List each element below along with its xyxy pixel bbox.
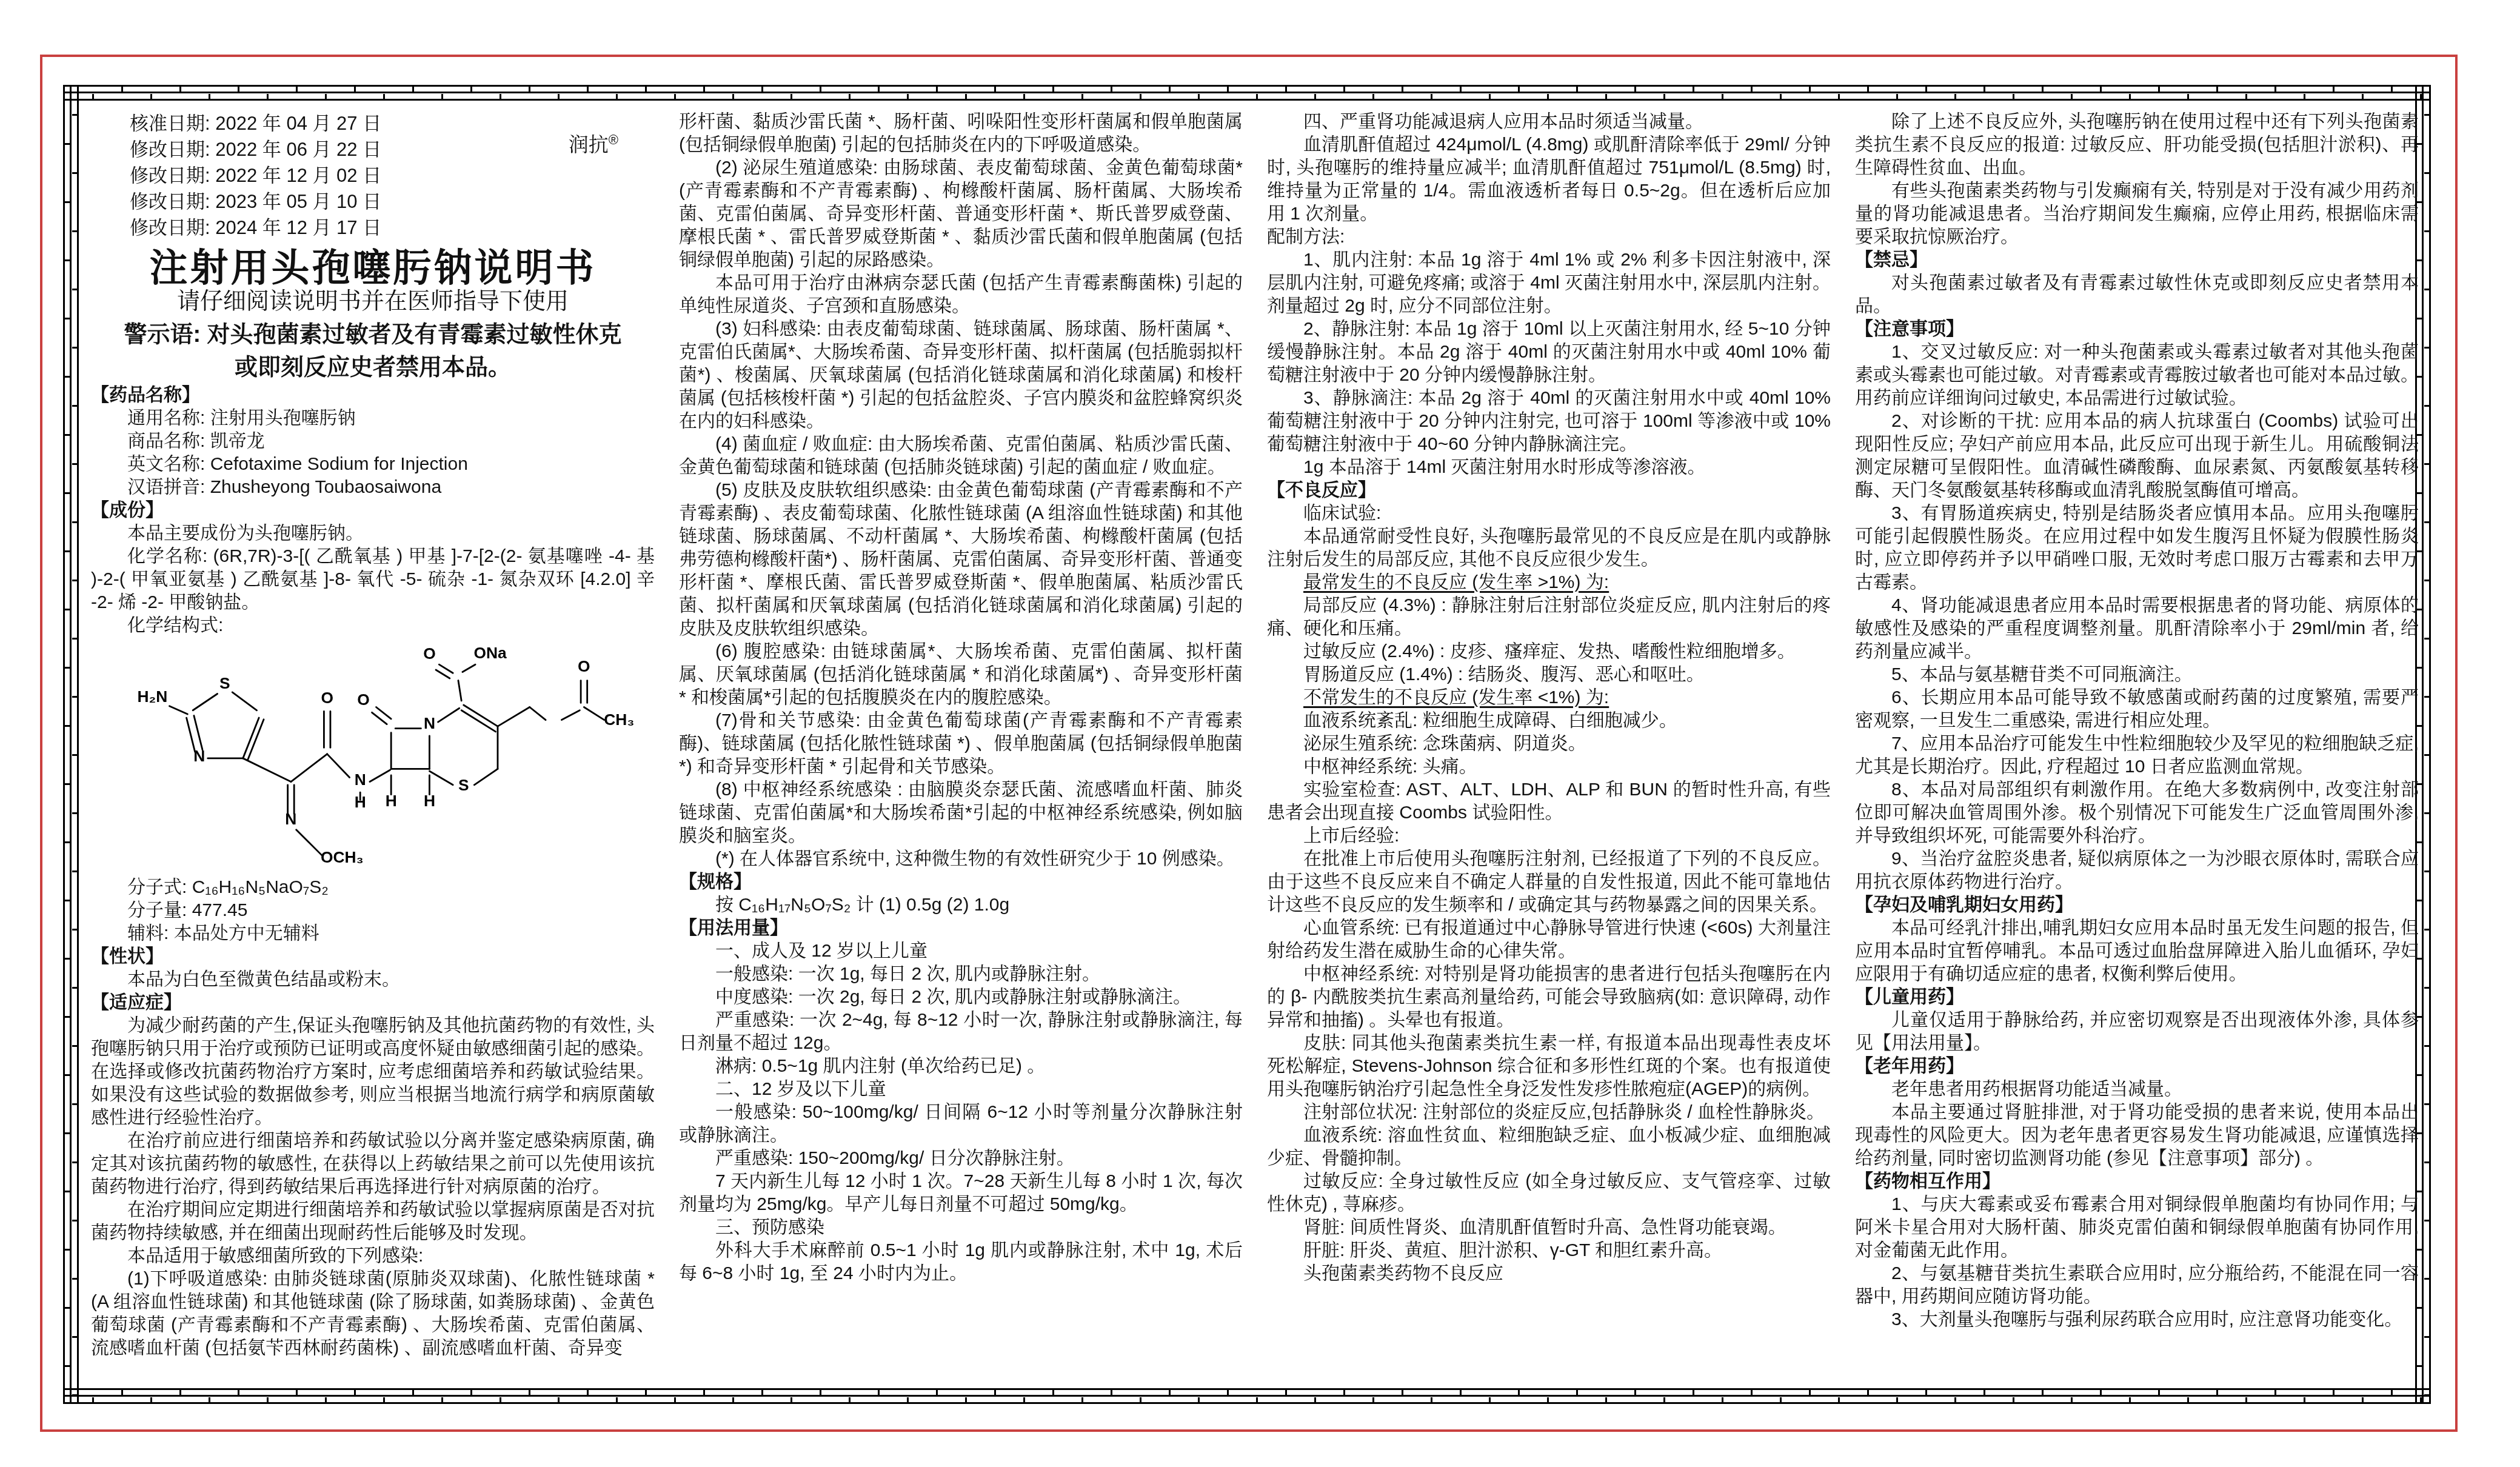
insert-paragraph: 6、长期应用本品可能导致不敏感菌或耐药菌的过度繁殖, 需要严密观察, 一旦发生二… — [1855, 686, 2419, 732]
insert-paragraph: 3、有胃肠道疾病史, 特别是结肠炎者应慎用本品。应用头孢噻肟可能引起假膜性肠炎。… — [1855, 502, 2419, 594]
bond-line — [474, 769, 498, 784]
insert-paragraph: 老年患者用药根据肾功能适当减量。 — [1855, 1078, 2419, 1101]
insert-paragraph: (7)骨和关节感染: 由金黄色葡萄球菌(产青霉素酶和不产青霉素酶)、链球菌属 (… — [679, 709, 1243, 778]
atom-label: O — [357, 690, 370, 709]
insert-paragraph: 3、静脉滴注: 本品 2g 溶于 40ml 的灭菌注射用水中或 40ml 10%… — [1267, 387, 1831, 456]
insert-paragraph: 8、本品对局部组织有刺激作用。在绝大多数病例中, 改变注射部位即可解决血管周围外… — [1855, 778, 2419, 847]
insert-paragraph: 一般感染: 一次 1g, 每日 2 次, 肌内或静脉注射。 — [679, 963, 1243, 986]
atom-label: H — [386, 792, 397, 810]
insert-paragraph: 【性状】 — [91, 945, 655, 968]
ornamental-border-left — [63, 85, 79, 1404]
insert-paragraph: 2、与氨基糖苷类抗生素联合应用时, 应分瓶给药, 不能混在同一容器中, 用药期间… — [1855, 1262, 2419, 1308]
atom-label: H — [355, 793, 366, 811]
insert-paragraph: 过敏反应 (2.4%) : 皮疹、瘙痒症、发热、嗜酸性粒细胞增多。 — [1267, 640, 1831, 663]
bond-line — [439, 664, 453, 673]
ornamental-border-top — [63, 85, 2431, 101]
atom-label: S — [219, 674, 230, 692]
atom-label: O — [423, 644, 436, 663]
insert-paragraph: 血液系统: 溶血性贫血、粒细胞缺乏症、血小板减少症、血细胞减少症、骨髓抑制。 — [1267, 1124, 1831, 1170]
ornamental-border-bottom — [63, 1388, 2431, 1404]
bond-line — [436, 670, 450, 678]
insert-paragraph: 【适应症】 — [91, 991, 655, 1014]
atom-label: H₂N — [137, 687, 167, 706]
insert-paragraph: 【儿童用药】 — [1855, 986, 2419, 1009]
insert-paragraph: 按 C₁₆H₁₇N₅O₇S₂ 计 (1) 0.5g (2) 1.0g — [679, 894, 1243, 917]
insert-paragraph: (5) 皮肤及皮肤软组织感染: 由金黄色葡萄球菌 (产青霉素酶和不产青霉素酶) … — [679, 479, 1243, 640]
insert-paragraph: (3) 妇科感染: 由表皮葡萄球菌、链球菌属、肠球菌、肠杆菌属 *、克雷伯氏菌属… — [679, 318, 1243, 433]
bond-line — [561, 710, 580, 720]
insert-paragraph: (8) 中枢神经系统感染 : 由脑膜炎奈瑟氏菌、流感嗜血杆菌、肺炎链球菌、克雷伯… — [679, 778, 1243, 847]
atom-label: N — [355, 770, 366, 789]
read-instruction-line: 请仔细阅读说明书并在医师指导下使用 — [91, 286, 655, 317]
insert-paragraph: 7 天内新生儿每 12 小时 1 次。7~28 天新生儿每 8 小时 1 次, … — [679, 1170, 1243, 1216]
properties-and-indications: 分子式: C₁₆H₁₆N₅NaO₇S₂分子量: 477.45辅料: 本品处方中无… — [91, 876, 655, 1360]
insert-paragraph: 在治疗前应进行细菌培养和药敏试验以分离并鉴定感染病原菌, 确定其对该抗菌药物的敏… — [91, 1129, 655, 1198]
column-3: 四、严重肾功能减退病人应用本品时须适当减量。血清肌酐值超过 424μmol/L … — [1267, 110, 1831, 1383]
insert-paragraph: 2、静脉注射: 本品 1g 溶于 10ml 以上灭菌注射用水, 经 5~10 分… — [1267, 318, 1831, 387]
insert-paragraph: 心血管系统: 已有报道通过中心静脉导管进行快速 (<60s) 大剂量注射给药发生… — [1267, 917, 1831, 963]
insert-paragraph: 分子式: C₁₆H₁₆N₅NaO₇S₂ — [91, 876, 655, 899]
insert-paragraph: 上市后经验: — [1267, 824, 1831, 847]
insert-paragraph: 二、12 岁及以下儿童 — [679, 1078, 1243, 1101]
package-insert-page: 核准日期: 2022 年 04 月 27 日修改日期: 2022 年 06 月 … — [0, 0, 2520, 1467]
atom-label: CH₃ — [604, 710, 634, 729]
column-2: 形杆菌、黏质沙雷氏菌 *、肠杆菌、吲哚阳性变形杆菌属和假单胞菌属 (包括铜绿假单… — [679, 110, 1243, 1383]
insert-paragraph: (1)下呼吸道感染: 由肺炎链球菌(原肺炎双球菌)、化脓性链球菌 *(A 组溶血… — [91, 1268, 655, 1360]
insert-paragraph: 2、对诊断的干扰: 应用本品的病人抗球蛋白 (Coombs) 试验可出现阳性反应… — [1855, 410, 2419, 502]
insert-paragraph: 【孕妇及哺乳期妇女用药】 — [1855, 894, 2419, 917]
insert-paragraph: 汉语拼音: Zhusheyong Toubaosaiwona — [91, 476, 655, 499]
warning-line-2: 或即刻反应史者禁用本品。 — [91, 351, 655, 384]
insert-paragraph: 严重感染: 一次 2~4g, 每 8~12 小时一次, 静脉注射或静脉滴注, 每… — [679, 1009, 1243, 1055]
insert-paragraph: 一般感染: 50~100mg/kg/ 日间隔 6~12 小时等剂量分次静脉注射或… — [679, 1101, 1243, 1147]
insert-paragraph: 最常发生的不良反应 (发生率 >1%) 为: — [1267, 571, 1831, 594]
insert-paragraph: 过敏反应: 全身过敏性反应 (如全身过敏反应、支气管痉挛、过敏性休克) , 荨麻… — [1267, 1170, 1831, 1216]
insert-paragraph: 有些头孢菌素类药物与引发癫痫有关, 特别是对于没有减少用药剂量的肾功能减退患者。… — [1855, 179, 2419, 249]
insert-paragraph: (*) 在人体器官系统中, 这种微生物的有效性研究少于 10 例感染。 — [679, 847, 1243, 871]
date-line: 修改日期: 2022 年 12 月 02 日 — [130, 162, 655, 189]
page-title: 注射用头孢噻肟钠说明书 — [91, 256, 655, 279]
insert-paragraph: 实验室检查: AST、ALT、LDH、ALP 和 BUN 的暂时性升高, 有些患… — [1267, 778, 1831, 824]
bond-line — [232, 692, 256, 710]
insert-paragraph: 配制方法: — [1267, 226, 1831, 249]
insert-paragraph: 1g 本品溶于 14ml 灭菌注射用水时形成等渗溶液。 — [1267, 456, 1831, 479]
atom-label: N — [285, 810, 296, 828]
bond-line — [463, 664, 475, 672]
insert-paragraph: 本品适用于敏感细菌所致的下列感染: — [91, 1245, 655, 1268]
insert-paragraph: 7、应用本品治疗可能发生中性粒细胞较少及罕见的粒细胞缺乏症, 尤其是长期治疗。因… — [1855, 732, 2419, 778]
atom-label: OCH₃ — [321, 848, 364, 866]
insert-paragraph: 血液系统紊乱: 粒细胞生成障碍、白细胞减少。 — [1267, 709, 1831, 732]
insert-paragraph: 【药品名称】 — [91, 384, 655, 407]
insert-paragraph: 在治疗期间应定期进行细菌培养和药敏试验以掌握病原菌是否对抗菌药物持续敏感, 并在… — [91, 1198, 655, 1245]
insert-paragraph: 外科大手术麻醉前 0.5~1 小时 1g 肌内或静脉注射, 术中 1g, 术后每… — [679, 1239, 1243, 1285]
insert-paragraph: 化学名称: (6R,7R)-3-[( 乙酰氧基 ) 甲基 ]-7-[2-(2- … — [91, 545, 655, 614]
bond-line — [438, 708, 460, 722]
insert-paragraph: 3、大剂量头孢噻肟与强利尿药联合应用时, 应注意肾功能变化。 — [1855, 1308, 2419, 1331]
atom-label: S — [458, 776, 469, 794]
bond-line — [458, 681, 461, 701]
insert-paragraph: 淋病: 0.5~1g 肌内注射 (单次给药已足) 。 — [679, 1055, 1243, 1078]
insert-paragraph: 除了上述不良反应外, 头孢噻肟钠在使用过程中还有下列头孢菌素类抗生素不良反应的报… — [1855, 110, 2419, 179]
bond-line — [194, 716, 202, 750]
insert-paragraph: (4) 菌血症 / 败血症: 由大肠埃希菌、克雷伯菌属、粘质沙雷氏菌、金黄色葡萄… — [679, 433, 1243, 479]
insert-paragraph: 1、肌内注射: 本品 1g 溶于 4ml 1% 或 2% 利多卡因注射液中, 深… — [1267, 249, 1831, 318]
insert-paragraph: 【禁忌】 — [1855, 249, 2419, 272]
insert-paragraph: (6) 腹腔感染: 由链球菌属*、大肠埃希菌、克雷伯菌属、拟杆菌属、厌氧球菌属 … — [679, 640, 1243, 709]
bond-line — [429, 771, 453, 785]
atom-label: O — [578, 657, 590, 675]
warning-line-1: 警示语: 对头孢菌素过敏者及有青霉素过敏性休克 — [91, 318, 655, 351]
insert-paragraph: 头孢菌素类药物不良反应 — [1267, 1262, 1831, 1285]
bond-line — [169, 706, 187, 714]
insert-paragraph: 形杆菌、黏质沙雷氏菌 *、肠杆菌、吲哚阳性变形杆菌属和假单胞菌属 (包括铜绿假单… — [679, 110, 1243, 156]
insert-paragraph: 本品主要成份为头孢噻肟钠。 — [91, 522, 655, 545]
insert-paragraph: 本品可用于治疗由淋病奈瑟氏菌 (包括产生青霉素酶菌株) 引起的单纯性尿道炎、子宫… — [679, 272, 1243, 318]
registered-mark-icon: ® — [609, 132, 618, 147]
insert-paragraph: 5、本品与氨基糖苷类不可同瓶滴注。 — [1855, 663, 2419, 686]
insert-paragraph: 在批准上市后使用头孢噻肟注射剂, 已经报道了下列的不良反应。由于这些不良反应来自… — [1267, 847, 1831, 917]
insert-paragraph: 三、预防感染 — [679, 1216, 1243, 1239]
insert-paragraph: 商品名称: 凯帝龙 — [91, 430, 655, 453]
atom-label: N — [193, 747, 205, 765]
insert-paragraph: 泌尿生殖系统: 念珠菌病、阴道炎。 — [1267, 732, 1831, 755]
trademark-text: 润抗 — [569, 133, 609, 156]
insert-paragraph: 本品主要通过肾脏排泄, 对于肾功能受损的患者来说, 使用本品出现毒性的风险更大。… — [1855, 1101, 2419, 1170]
insert-paragraph: 注射部位状况: 注射部位的炎症反应,包括静脉炎 / 血栓性静脉炎。 — [1267, 1101, 1831, 1124]
insert-paragraph: 四、严重肾功能减退病人应用本品时须适当减量。 — [1267, 110, 1831, 133]
insert-paragraph: 本品通常耐受性良好, 头孢噻肟最常见的不良反应是在肌内或静脉注射后发生的局部反应… — [1267, 525, 1831, 571]
insert-paragraph: 肝脏: 肝炎、黄疸、胆汁淤积、γ-GT 和胆红素升高。 — [1267, 1239, 1831, 1262]
insert-paragraph: 局部反应 (4.3%) : 静脉注射后注射部位炎症反应, 肌内注射后的疼痛、硬化… — [1267, 594, 1831, 640]
insert-paragraph: 通用名称: 注射用头孢噻肟钠 — [91, 407, 655, 430]
bond-line — [370, 770, 390, 781]
insert-paragraph: (2) 泌尿生殖道感染: 由肠球菌、表皮葡萄球菌、金黄色葡萄球菌*(产青霉素酶和… — [679, 156, 1243, 272]
insert-paragraph: 4、肾功能减退患者应用本品时需要根据患者的肾功能、病原体的敏感性及感染的严重程度… — [1855, 594, 2419, 663]
date-line: 修改日期: 2024 年 12 月 17 日 — [130, 215, 655, 241]
insert-paragraph: 临床试验: — [1267, 502, 1831, 525]
date-line: 修改日期: 2023 年 05 月 10 日 — [130, 189, 655, 215]
atom-label: ONa — [474, 644, 507, 662]
insert-paragraph: 【注意事项】 — [1855, 318, 2419, 341]
insert-paragraph: 胃肠道反应 (1.4%) : 结肠炎、腹泻、恶心和呕吐。 — [1267, 663, 1831, 686]
atom-label: O — [321, 689, 333, 707]
insert-paragraph: 皮肤: 同其他头孢菌素类抗生素一样, 有报道本品出现毒性表皮坏死松解症, Ste… — [1267, 1032, 1831, 1101]
brand-trademark: 润抗® — [569, 129, 618, 156]
atom-label: H — [424, 792, 435, 810]
insert-paragraph: 9、当治疗盆腔炎患者, 疑似病原体之一为沙眼衣原体时, 需联合应用抗衣原体药物进… — [1855, 847, 2419, 894]
bond-line — [243, 758, 291, 782]
bond-line — [530, 707, 546, 720]
insert-paragraph: 化学结构式: — [91, 614, 655, 637]
bond-line — [296, 830, 322, 855]
insert-paragraph: 1、与庆大霉素或妥布霉素合用对铜绿假单胞菌均有协同作用; 与阿米卡星合用对大肠杆… — [1855, 1193, 2419, 1262]
insert-paragraph: 儿童仅适用于静脉给药, 并应密切观察是否出现液体外渗, 具体参见【用法用量】。 — [1855, 1009, 2419, 1055]
bond-line — [584, 707, 604, 720]
insert-paragraph: 分子量: 477.45 — [91, 899, 655, 922]
insert-paragraph: 本品可经乳汁排出,哺乳期妇女应用本品时虽无发生问题的报告, 但应用本品时宜暂停哺… — [1855, 917, 2419, 986]
insert-paragraph: 【不良反应】 — [1267, 479, 1831, 502]
insert-content: 核准日期: 2022 年 04 月 27 日修改日期: 2022 年 06 月 … — [91, 110, 2419, 1383]
insert-paragraph: 【规格】 — [679, 871, 1243, 894]
insert-paragraph: 【老年用药】 — [1855, 1055, 2419, 1078]
insert-paragraph: 中度感染: 一次 2g, 每日 2 次, 肌内或静脉注射或静脉滴注。 — [679, 986, 1243, 1009]
insert-paragraph: 英文名称: Cefotaxime Sodium for Injection — [91, 453, 655, 476]
insert-paragraph: 为减少耐药菌的产生,保证头孢噻肟钠及其他抗菌药物的有效性, 头孢噻肟钠只用于治疗… — [91, 1014, 655, 1129]
insert-paragraph: 中枢神经系统: 头痛。 — [1267, 755, 1831, 778]
insert-header: 核准日期: 2022 年 04 月 27 日修改日期: 2022 年 06 月 … — [91, 110, 655, 384]
insert-paragraph: 肾脏: 间质性肾炎、血清肌酐值暂时升高、急性肾功能衰竭。 — [1267, 1216, 1831, 1239]
bond-line — [291, 754, 327, 782]
insert-paragraph: 中枢神经系统: 对特别是肾功能损害的患者进行包括头孢噻肟在内的 β- 内酰胺类抗… — [1267, 963, 1831, 1032]
insert-paragraph: 对头孢菌素过敏者及有青霉素过敏性休克或即刻反应史者禁用本品。 — [1855, 272, 2419, 318]
drug-name-and-composition: 【药品名称】通用名称: 注射用头孢噻肟钠商品名称: 凯帝龙英文名称: Cefot… — [91, 384, 655, 637]
insert-paragraph: 本品为白色至微黄色结晶或粉末。 — [91, 968, 655, 991]
insert-paragraph: 一、成人及 12 岁以上儿童 — [679, 940, 1243, 963]
bond-line — [193, 694, 217, 710]
insert-paragraph: 【药物相互作用】 — [1855, 1170, 2419, 1193]
chemical-structure: H₂NSNNOCH₃ONHONSOONaOCH₃HH — [103, 643, 637, 872]
column-4: 除了上述不良反应外, 头孢噻肟钠在使用过程中还有下列头孢菌素类抗生素不良反应的报… — [1855, 110, 2419, 1383]
bond-line — [498, 707, 530, 726]
insert-paragraph: 辅料: 本品处方中无辅料 — [91, 922, 655, 945]
insert-paragraph: 【用法用量】 — [679, 917, 1243, 940]
insert-paragraph: 血清肌酐值超过 424μmol/L (4.8mg) 或肌酐清除率低于 29ml/… — [1267, 133, 1831, 226]
atom-label: N — [424, 714, 435, 732]
bond-line — [327, 754, 350, 778]
insert-paragraph: 严重感染: 150~200mg/kg/ 日分次静脉注射。 — [679, 1147, 1243, 1170]
insert-paragraph: 【成份】 — [91, 499, 655, 522]
insert-paragraph: 不常发生的不良反应 (发生率 <1%) 为: — [1267, 686, 1831, 709]
column-1: 核准日期: 2022 年 04 月 27 日修改日期: 2022 年 06 月 … — [91, 110, 655, 1383]
insert-paragraph: 1、交叉过敏反应: 对一种头孢菌素或头霉素过敏者对其他头孢菌素或头霉素也可能过敏… — [1855, 341, 2419, 410]
